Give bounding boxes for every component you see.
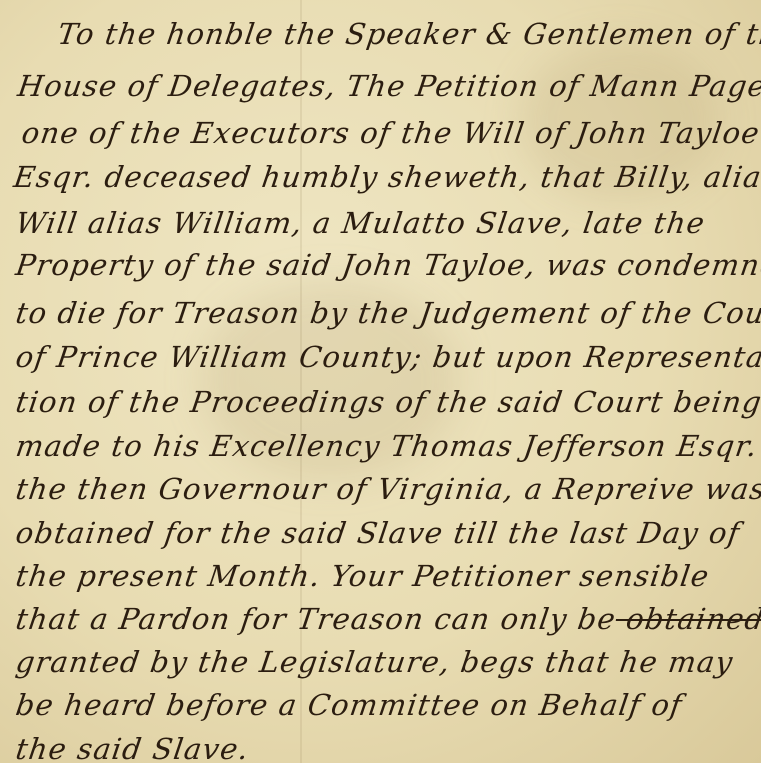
manuscript-line: Esqr. deceased humbly sheweth, that Bill… [12,160,761,194]
line-text: one of the Executors of the Will of John… [20,116,761,150]
manuscript-line: Property of the said John Tayloe, was co… [14,248,761,282]
struck-word: obtained [614,602,761,636]
manuscript-line: made to his Excellency Thomas Jefferson … [14,429,760,463]
line-text: Will alias William, a Mulatto Slave, lat… [14,206,708,240]
line-text: Property of the said John Tayloe, was co… [14,248,761,282]
manuscript-line: tion of the Proceedings of the said Cour… [14,385,761,419]
manuscript-line: one of the Executors of the Will of John… [20,116,761,150]
manuscript-line: granted by the Legislature, begs that he… [14,645,736,679]
manuscript-line: obtained for the said Slave till the las… [14,516,743,550]
manuscript-line: the present Month. Your Petitioner sensi… [14,559,712,593]
manuscript-line: House of Delegates, The Petition of Mann… [16,69,761,103]
manuscript-line: to die for Treason by the Judgement of t… [14,296,761,330]
line-text: the said Slave. [14,732,252,763]
line-text: To the honble the Speaker & Gentlemen of… [56,17,761,51]
line-text: tion of the Proceedings of the said Cour… [14,385,761,419]
petition-page: To the honble the Speaker & Gentlemen of… [0,0,761,763]
manuscript-line: Will alias William, a Mulatto Slave, lat… [14,206,708,240]
line-text: Esqr. deceased humbly sheweth, that Bill… [12,160,761,194]
line-text: be heard before a Committee on Behalf of [14,688,685,722]
manuscript-line: that a Pardon for Treason can only be ob… [14,602,761,636]
manuscript-line: of Prince William County; but upon Repre… [14,340,761,374]
line-text: made to his Excellency Thomas Jefferson … [14,429,760,463]
manuscript-line: the then Governour of Virginia, a Reprei… [14,472,761,506]
line-text: of Prince William County; but upon Repre… [14,340,761,374]
line-text: obtained for the said Slave till the las… [14,516,743,550]
manuscript-line: To the honble the Speaker & Gentlemen of… [56,17,761,51]
manuscript-line: be heard before a Committee on Behalf of [14,688,685,722]
line-text: granted by the Legislature, begs that he… [14,645,736,679]
line-text: the then Governour of Virginia, a Reprei… [14,472,761,506]
line-text: House of Delegates, The Petition of Mann… [16,69,761,103]
line-text: the present Month. Your Petitioner sensi… [14,559,712,593]
line-text: that a Pardon for Treason can only be [14,602,619,636]
line-text: to die for Treason by the Judgement of t… [14,296,761,330]
manuscript-line: the said Slave. [14,732,252,763]
